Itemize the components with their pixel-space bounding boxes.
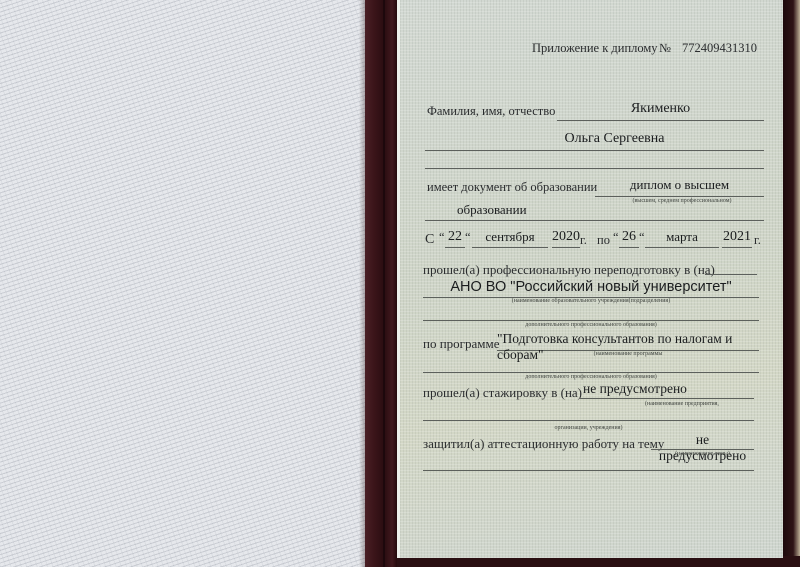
diploma-appendix-page: Приложение к диплому № 772409431310 Фами… xyxy=(397,0,783,558)
internship-line2 xyxy=(423,420,754,421)
document-number: 772409431310 xyxy=(682,41,757,56)
to-year-line xyxy=(722,247,752,248)
thesis-hint: (наименование темы) xyxy=(651,451,754,457)
institution-hint: (наименование образовательного учреждени… xyxy=(423,298,759,304)
to-month: марта xyxy=(645,229,719,245)
thesis-line2 xyxy=(423,470,754,471)
program-hint2: дополнительного профессионального образо… xyxy=(423,374,759,380)
to-prefix: по xyxy=(597,233,610,248)
education-doc-value-2: образовании xyxy=(457,202,527,218)
program-label: по программе xyxy=(423,336,500,352)
to-day-line xyxy=(619,247,639,248)
institution-hint2: дополнительного профессионального образо… xyxy=(423,322,759,328)
education-doc-hint: (высшем, среднем профессиональном) xyxy=(597,198,767,204)
from-year: 2020 xyxy=(552,229,580,245)
to-year-suffix: г. xyxy=(754,233,761,248)
program-hint: (наименование программы xyxy=(497,351,759,357)
institution-line2 xyxy=(423,320,759,321)
from-year-suffix: г. xyxy=(580,233,587,248)
retraining-line xyxy=(705,274,757,275)
quote-open-2: “ xyxy=(613,230,619,245)
document-title: Приложение к диплому xyxy=(532,41,658,56)
to-year: 2021 xyxy=(722,229,752,245)
given-names-line xyxy=(425,150,764,151)
education-doc-label: имеет документ об образовании xyxy=(427,180,597,195)
internship-value: не предусмотрено xyxy=(580,381,690,397)
program-line2 xyxy=(423,372,759,373)
internship-hint2: организации, учреждения) xyxy=(423,425,754,431)
quote-close-2: “ xyxy=(639,230,645,245)
quote-close: “ xyxy=(465,230,471,245)
thesis-value: не предусмотрено xyxy=(651,432,754,464)
from-day-line xyxy=(445,247,465,248)
retraining-label: прошел(а) профессиональную переподготовк… xyxy=(423,262,715,278)
fio-label: Фамилия, имя, отчество xyxy=(427,104,555,119)
institution-value: АНО ВО "Российский новый университет" xyxy=(423,279,759,295)
education-doc-line xyxy=(595,196,764,197)
quote-open: “ xyxy=(439,230,445,245)
from-prefix: С xyxy=(425,232,434,248)
from-month-line xyxy=(472,247,548,248)
thesis-label: защитил(а) аттестационную работу на тему xyxy=(423,436,664,452)
internship-line xyxy=(580,398,754,399)
surname-value: Якименко xyxy=(557,101,764,117)
from-year-line xyxy=(552,247,580,248)
internship-label: прошел(а) стажировку в (на) xyxy=(423,385,582,401)
blank-line xyxy=(425,168,764,169)
number-sign: № xyxy=(659,41,671,56)
to-month-line xyxy=(645,247,719,248)
internship-hint: (наименование предприятия, xyxy=(617,401,747,407)
cover-spine xyxy=(365,0,397,567)
from-month: сентября xyxy=(472,229,548,245)
from-day: 22 xyxy=(445,229,465,245)
given-names-value: Ольга Сергеевна xyxy=(425,131,764,147)
program-value: "Подготовка консультантов по налогам и с… xyxy=(497,331,765,363)
left-page-blank xyxy=(0,0,365,567)
education-doc-value: диплом о высшем xyxy=(595,177,764,193)
to-day: 26 xyxy=(619,229,639,245)
surname-line xyxy=(557,120,764,121)
education-doc-line2 xyxy=(425,220,764,221)
cover-edge xyxy=(783,0,800,567)
